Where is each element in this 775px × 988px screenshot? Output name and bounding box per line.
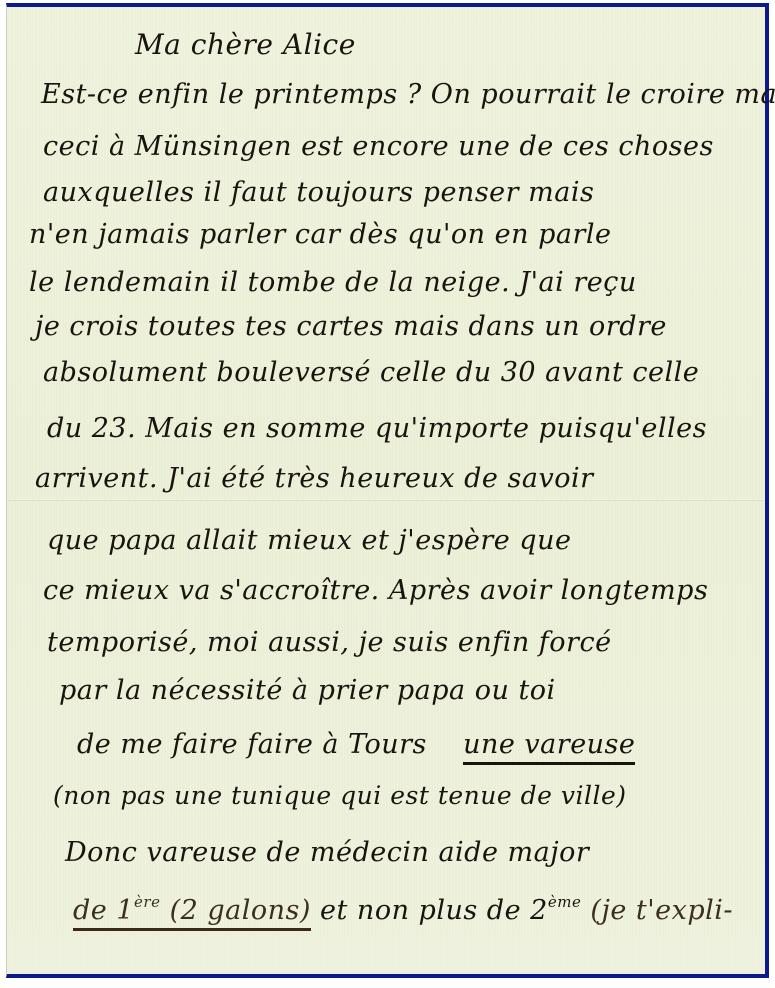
letter-line-11: ce mieux va s'accroître. Après avoir lon… xyxy=(43,577,708,604)
letter-paper: Ma chère Alice Est-ce enfin le printemps… xyxy=(6,3,769,978)
letter-line-2: ceci à Münsingen est encore une de ces c… xyxy=(43,133,714,160)
superscript-ere: ère xyxy=(134,893,160,911)
letter-line-4: n'en jamais parler car dès qu'on en parl… xyxy=(29,221,611,248)
letter-line-15: (non pas une tunique qui est tenue de vi… xyxy=(53,783,627,808)
superscript-eme: ème xyxy=(548,893,581,911)
letter-line-9: arrivent. J'ai été très heureux de savoi… xyxy=(35,465,594,492)
letter-line-17-tail: (je t'expli- xyxy=(590,895,733,926)
letter-line-3: auxquelles il faut toujours penser mais xyxy=(43,179,594,206)
letter-line-6: je crois toutes tes cartes mais dans un … xyxy=(35,313,667,340)
letter-line-14-text: de me faire faire à Tours xyxy=(77,729,427,760)
numeral-first: 1 xyxy=(116,895,134,926)
letter-body: Ma chère Alice Est-ce enfin le printemps… xyxy=(7,7,765,974)
letter-line-16: Donc vareuse de médecin aide major xyxy=(65,839,589,866)
underlined-first-class: de 1ère (2 galons) xyxy=(73,895,311,931)
scanned-letter: Ma chère Alice Est-ce enfin le printemps… xyxy=(0,0,775,988)
underlined-une-vareuse: une vareuse xyxy=(463,729,635,765)
letter-line-14: de me faire faire à Tours une vareuse xyxy=(77,731,635,758)
letter-line-13: par la nécessité à prier papa ou toi xyxy=(59,677,556,704)
letter-line-17-middle: et non plus de xyxy=(320,895,521,926)
letter-line-8: du 23. Mais en somme qu'importe puisqu'e… xyxy=(47,415,707,442)
numeral-second: 2 xyxy=(530,895,548,926)
letter-line-17: de 1ère (2 galons) et non plus de 2ème (… xyxy=(73,895,733,924)
salutation: Ma chère Alice xyxy=(135,31,356,59)
letter-line-1: Est-ce enfin le printemps ? On pourrait … xyxy=(41,81,775,108)
letter-line-7: absolument bouleversé celle du 30 avant … xyxy=(43,359,699,386)
letter-line-10: que papa allait mieux et j'espère que xyxy=(47,527,571,554)
letter-line-5: le lendemain il tombe de la neige. J'ai … xyxy=(29,269,637,296)
numeral-second-wrap: 2ème xyxy=(530,895,581,926)
letter-line-12: temporisé, moi aussi, je suis enfin forc… xyxy=(47,629,612,656)
